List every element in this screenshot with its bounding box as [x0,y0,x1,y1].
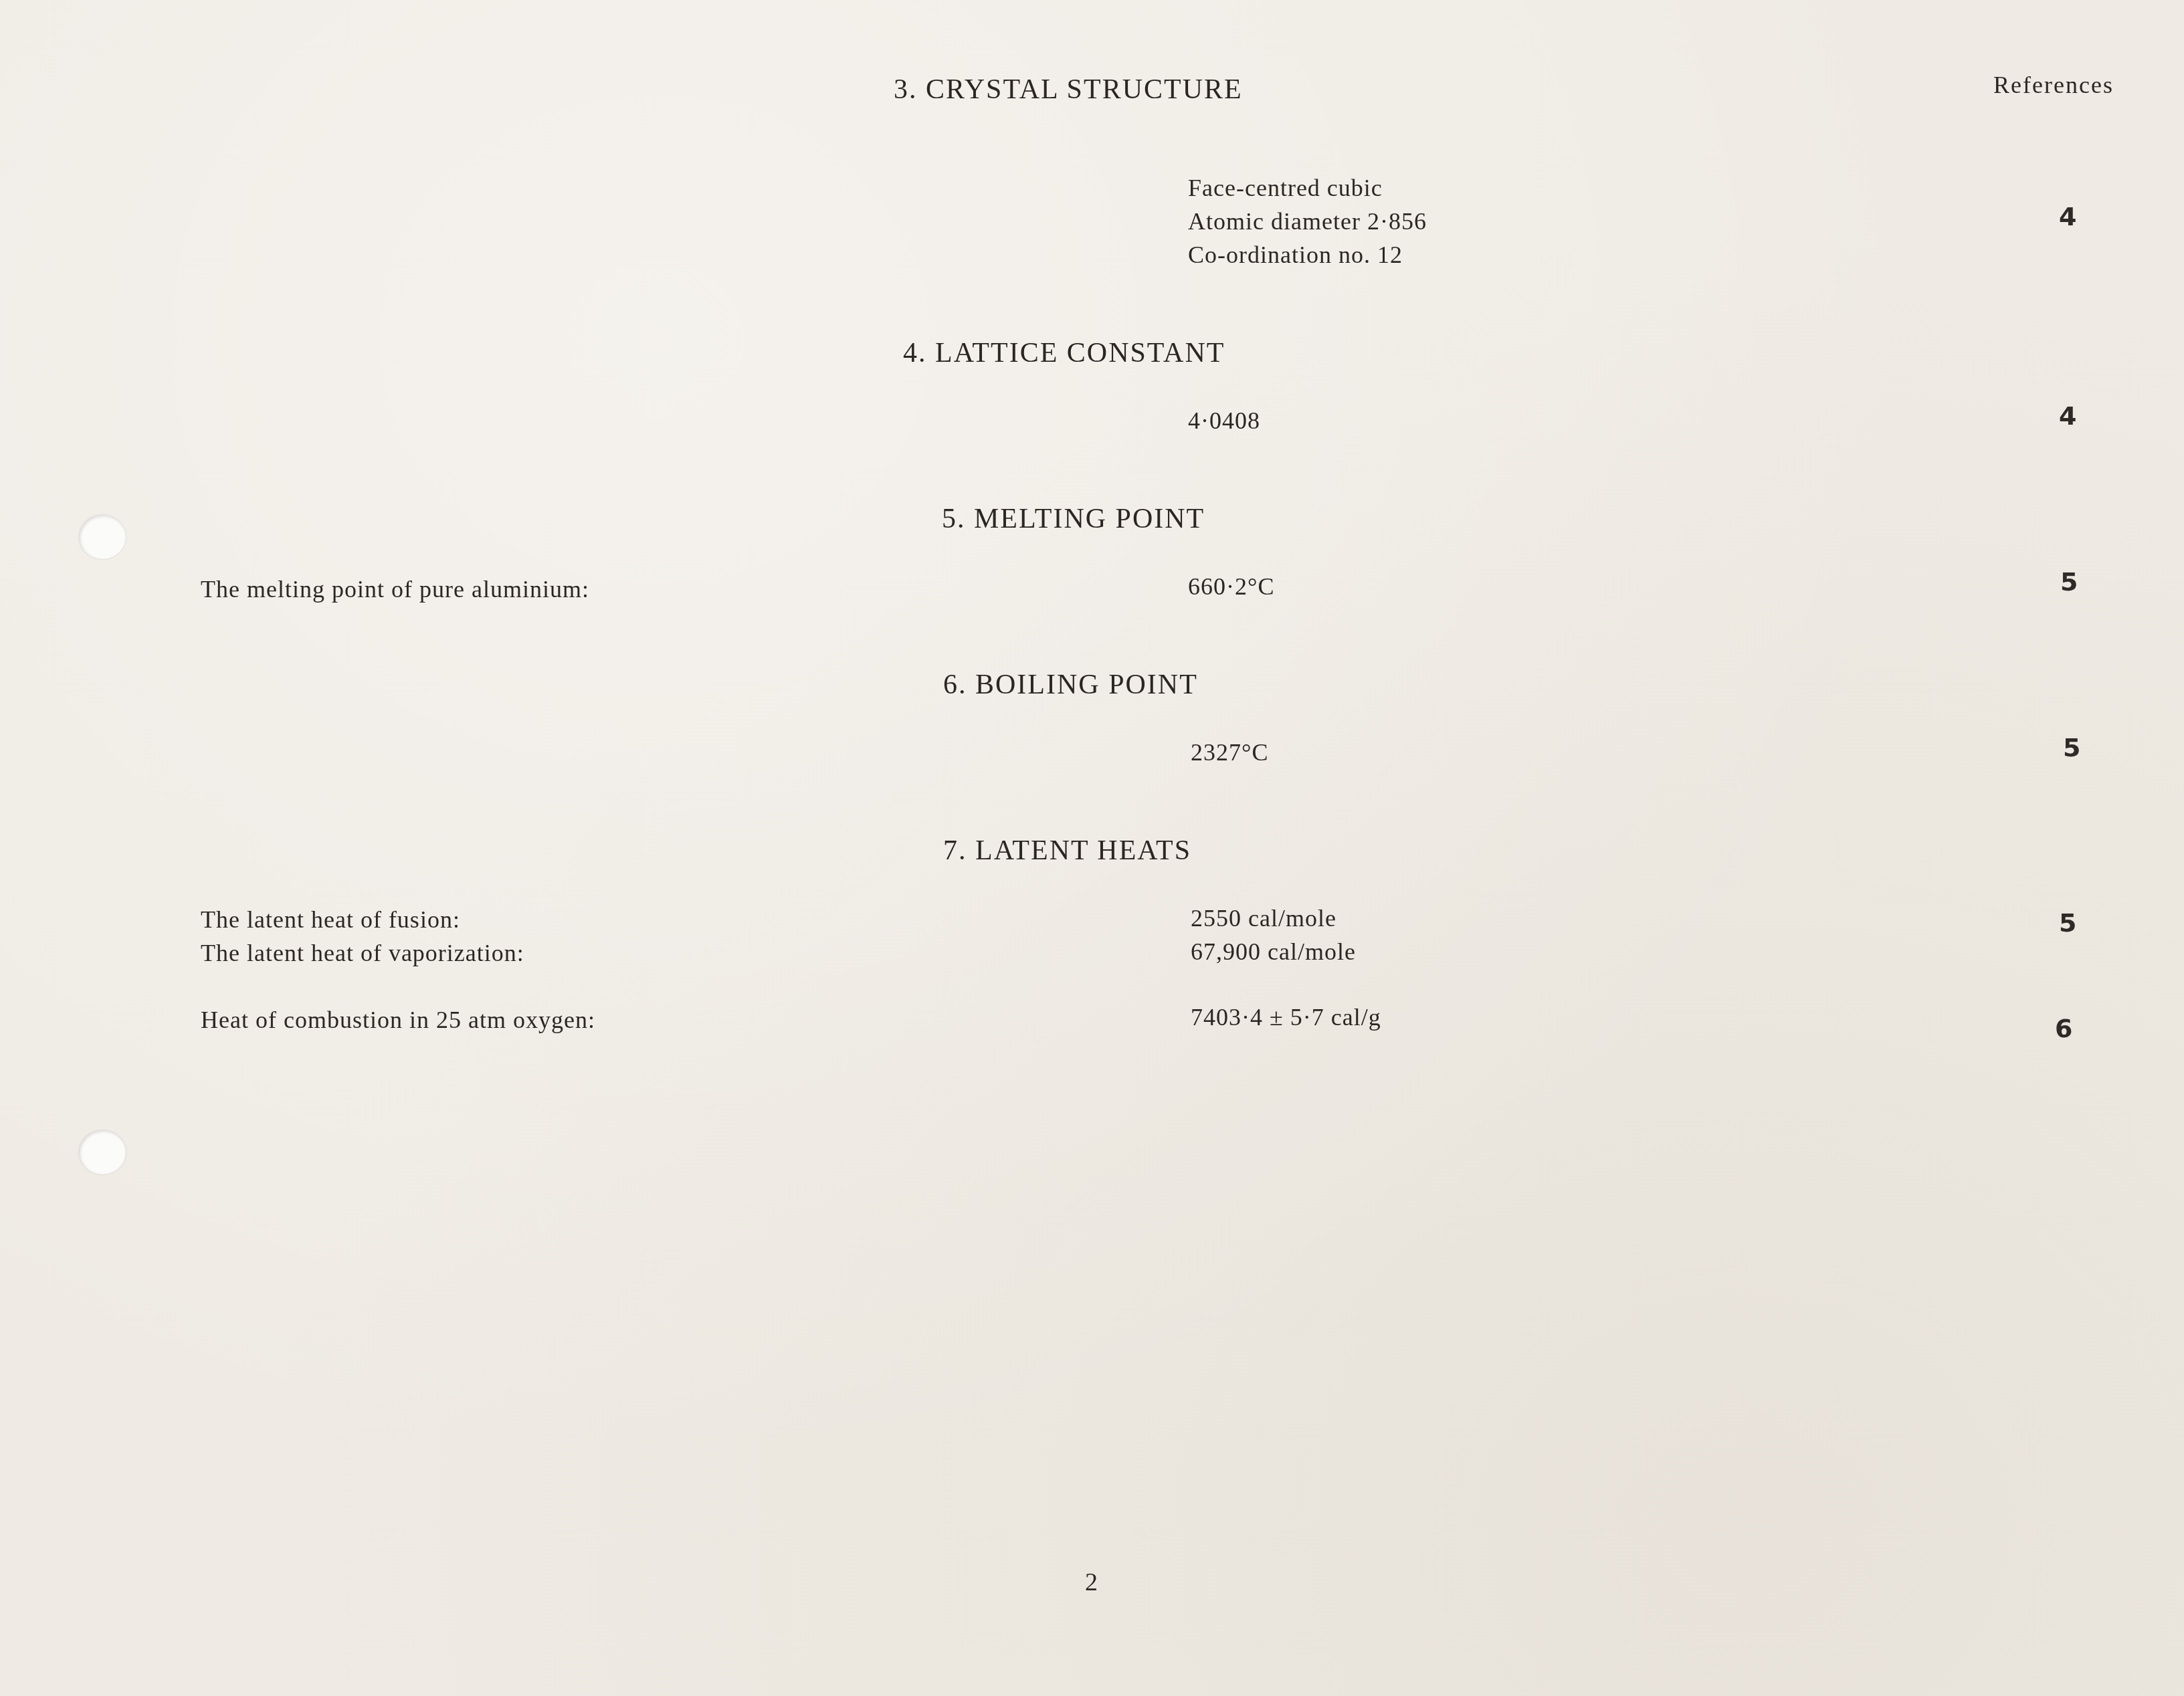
section-heading-latent-heats: 7. LATENT HEATS [943,835,1191,867]
heat-of-combustion-label: Heat of combustion in 25 atm oxygen: [201,1006,595,1034]
page-number: 2 [1085,1568,1098,1597]
reference-boiling-point: 5 [2063,733,2080,762]
heat-of-combustion-value: 7403·4 ± 5·7 cal/g [1191,1000,1381,1034]
reference-heat-of-combustion: 6 [2055,1014,2072,1043]
boiling-point-value: 2327°C [1191,736,1268,769]
references-heading: References [1993,71,2114,99]
punch-hole-bottom [79,1130,126,1174]
melting-point-label: The melting point of pure aluminium: [201,575,589,603]
reference-lattice-constant: 4 [2059,401,2076,431]
crystal-structure-value-3: Co-ordination no. 12 [1188,238,1403,272]
reference-crystal-structure: 4 [2059,202,2076,231]
latent-heat-vaporization-value: 67,900 cal/mole [1191,935,1356,968]
melting-point-value: 660·2°C [1188,570,1274,603]
lattice-constant-value: 4·0408 [1188,404,1260,437]
latent-heat-vaporization-label: The latent heat of vaporization: [201,939,524,967]
crystal-structure-value-2: Atomic diameter 2·856 [1188,205,1427,238]
reference-melting-point: 5 [2060,567,2078,597]
section-heading-lattice-constant: 4. LATTICE CONSTANT [903,337,1225,369]
reference-latent-heats: 5 [2059,908,2076,938]
section-heading-crystal-structure: 3. CRYSTAL STRUCTURE [894,74,1243,106]
section-heading-boiling-point: 6. BOILING POINT [943,669,1198,701]
section-heading-melting-point: 5. MELTING POINT [942,503,1205,535]
punch-hole-top [79,515,126,559]
latent-heat-fusion-label: The latent heat of fusion: [201,906,460,934]
crystal-structure-value-1: Face-centred cubic [1188,171,1383,205]
latent-heat-fusion-value: 2550 cal/mole [1191,902,1336,935]
